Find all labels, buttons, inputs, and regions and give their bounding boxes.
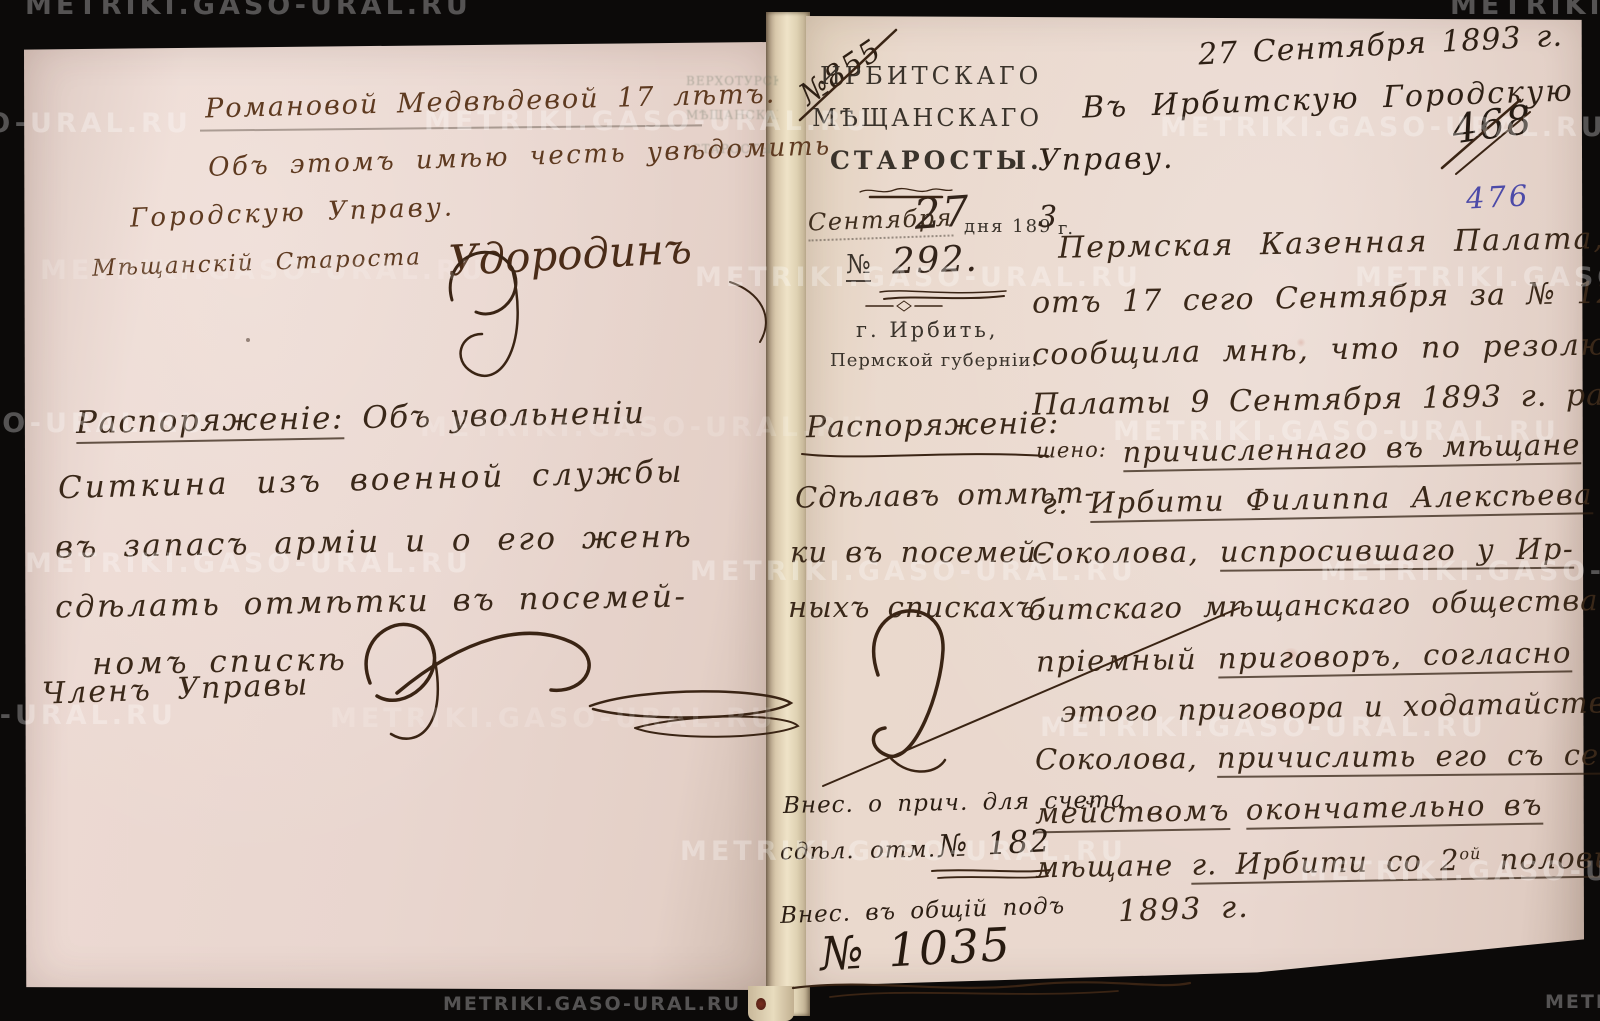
letterhead-rule	[858, 186, 954, 200]
letterhead-province: Пермской губерніи.	[830, 350, 1038, 371]
plain: г. Ирбити со 2	[1191, 843, 1460, 882]
watermark: METRIKI.GASO-URAL.RU	[1545, 991, 1600, 1013]
member-signature-flourish	[335, 598, 805, 753]
resolution-heading: Распоряженіе:	[76, 400, 345, 444]
registry-number-strikethrough	[1436, 92, 1536, 176]
plain: Соколова,	[1032, 535, 1220, 571]
letterhead-number-value: 292.	[891, 239, 979, 283]
letterhead-ornament	[866, 300, 944, 312]
note2-number-flourish	[788, 972, 1196, 1002]
watermark: METRIKI.GASO-URAL.RU	[1450, 0, 1600, 21]
watermark: METRIKI.GASO-URAL.RU	[443, 993, 741, 1015]
body-line14: 1893 г.	[1117, 890, 1250, 930]
underlined-phrase: причислить его съ се-	[1217, 737, 1600, 777]
note1-line2: сдѣл. отм.	[780, 837, 936, 866]
note1-number-underline	[930, 868, 1052, 882]
letterhead-number-label: №	[846, 250, 871, 282]
letterhead-city: г. Ирбить,	[856, 318, 998, 342]
plain: половины	[1481, 840, 1600, 877]
ink-speck	[246, 338, 250, 342]
left-page	[24, 42, 772, 990]
underlined-phrase: приговоръ, согласно	[1218, 635, 1573, 678]
note1-number: № 182	[937, 823, 1052, 865]
margin-heading-underline	[800, 448, 1052, 464]
underlined-phrase: окончательно въ	[1246, 788, 1544, 830]
plain: мѣщане	[1035, 848, 1192, 885]
watermark: METRIKI.GASO-URAL.RU	[25, 0, 472, 21]
signature-flourish	[430, 222, 790, 392]
ordinal-superscript: ой	[1459, 844, 1481, 863]
letterhead-year-handwritten: 3	[1038, 200, 1059, 235]
margin-line1: Сдѣлавъ отмѣт-	[795, 475, 1096, 514]
resolution-rest: Объ увольненіи	[344, 395, 646, 436]
underlined-phrase: г. Ирбити со 2ой половины	[1191, 840, 1600, 885]
registry-number-blue: 476	[1465, 178, 1531, 215]
corner-number-slash	[792, 24, 904, 126]
margin-line2: ки въ посемей-	[790, 535, 1048, 569]
addressee-line2: Управу.	[1038, 141, 1175, 178]
margin-resolution-heading: Распоряженіе:	[806, 406, 1060, 445]
body-line7: Соколова, испросившаго у Ир-	[1032, 532, 1574, 571]
underlined-phrase: испросившаго у Ир-	[1220, 532, 1575, 572]
letterhead-org-line3: СТАРОСТЫ.	[830, 146, 1043, 175]
archival-scan: { "watermark": { "text": "METRIKI.GASO-U…	[0, 0, 1600, 1021]
margin-signature-flourish	[793, 580, 1253, 795]
